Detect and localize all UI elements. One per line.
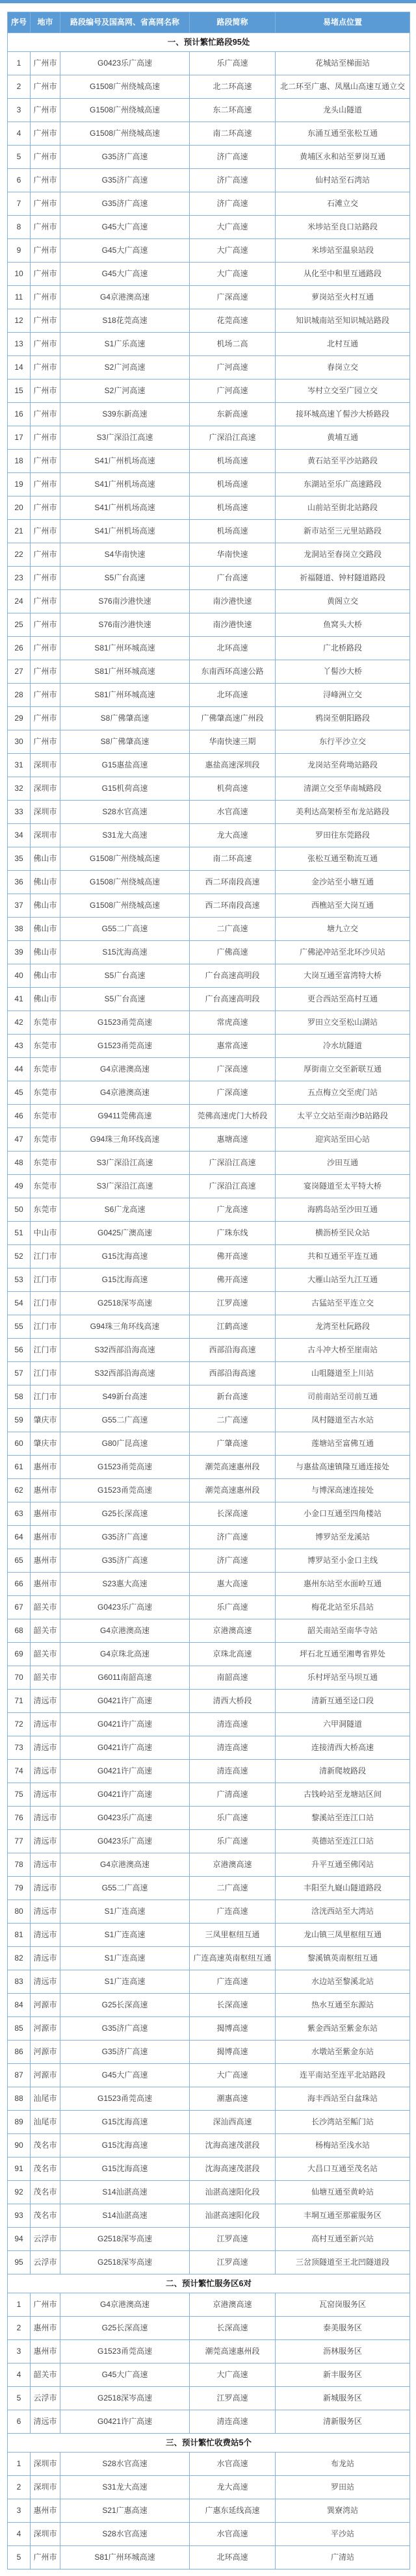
cell-road-code: G4京港澳高速 [60,1081,190,1105]
cell-road-code: G45大广高速 [60,216,190,239]
cell-city: 韶关市 [31,1596,60,1619]
table-row: 32深圳市G15机荷高速机荷高速清湖立交至华南城路段 [8,777,410,801]
cell-congestion-location: 韶关南站至南华寺站 [276,1619,410,1643]
cell-city: 佛山市 [31,871,60,894]
cell-congestion-location: 瓦窑岗服务区 [276,2293,410,2317]
cell-road-code: S1广连高速 [60,1924,190,1947]
cell-congestion-location: 黄阁立交 [276,590,410,613]
cell-road-short-name: 江罗高速 [190,2228,276,2251]
cell-road-short-name: 济广高速 [190,1549,276,1573]
cell-road-code: S81广州环城高速 [60,637,190,660]
cell-congestion-location: 巽寮湾站 [276,2499,410,2523]
cell-city: 江门市 [31,1339,60,1362]
cell-congestion-location: 北二环至广惠、凤凰山高速互通立交 [276,75,410,99]
table-row: 21广州市S41广州机场高速机场高速新市站至三元里站路段 [8,520,410,543]
cell-index: 7 [8,192,31,216]
cell-city: 佛山市 [31,964,60,988]
cell-index: 82 [8,1947,31,1970]
cell-index: 30 [8,730,31,754]
table-row: 13广州市S1广乐高速机场二高北村互通 [8,333,410,356]
table-row: 19广州市S41广州机场高速机场高速东湖站至乐广高速路段 [8,473,410,496]
cell-road-short-name: 佛开高速 [190,1245,276,1269]
table-row: 41佛山市S5广台高速广台高速高明段更合西站至高村互通 [8,988,410,1011]
cell-congestion-location: 浔峰洲立交 [276,684,410,707]
table-row: 75清远市G0421许广高速广清高速古钱岭站至龙塘站区间 [8,1783,410,1807]
cell-congestion-location: 东行平沙立交 [276,730,410,754]
cell-road-short-name: 广连高速英南枢纽互通 [190,1947,276,1970]
cell-road-short-name: 潮惠高速 [190,2087,276,2111]
cell-congestion-location: 山咀隧道至上川站 [276,1362,410,1385]
cell-congestion-location: 黄石站至平沙站路段 [276,450,410,473]
cell-congestion-location: 广清站 [276,2546,410,2570]
cell-congestion-location: 清新爬坡路段 [276,1760,410,1783]
cell-road-short-name: 大广高速 [190,2064,276,2087]
table-row: 45东莞市G4京港澳高速广深高速五点梅立交至虎门站 [8,1081,410,1105]
table-row: 7广州市G35济广高速济广高速石滩立交 [8,192,410,216]
cell-congestion-location: 厚街南立交至新联互通 [276,1058,410,1081]
cell-congestion-location: 坪石北互通至湘粤省界处 [276,1643,410,1666]
cell-congestion-location: 水边站至黎溪北站 [276,1970,410,1994]
cell-index: 37 [8,894,31,918]
cell-index: 40 [8,964,31,988]
cell-road-code: G0421许广高速 [60,1736,190,1760]
cell-road-short-name: 大广高速 [190,263,276,286]
cell-road-short-name: 北环高速 [190,684,276,707]
table-row: 46东莞市G9411莞佛高速莞佛高速虎门大桥段太平立交站至南沙B站路段 [8,1105,410,1128]
cell-city: 东莞市 [31,1128,60,1152]
cell-road-code: S5广台高速 [60,964,190,988]
cell-index: 4 [8,2363,31,2387]
cell-city: 河源市 [31,2041,60,2064]
table-row: 42东莞市G1523甬莞高速常虎高速罗田立交至松山湖站 [8,1011,410,1035]
cell-congestion-location: 小金口互通至四角楼站 [276,1502,410,1526]
cell-congestion-location: 梅花北站至乐昌站 [276,1596,410,1619]
cell-road-code: S1广连高速 [60,1947,190,1970]
cell-road-short-name: 广肇高速 [190,1432,276,1456]
cell-congestion-location: 罗田往东莞路段 [276,824,410,847]
table-row: 9广州市G45大广高速大广高速米埗站至温泉站段 [8,239,410,263]
cell-city: 广州市 [31,730,60,754]
table-row: 4广州市G1508广州绕城高速南二环高速东涌互通至张松互通 [8,122,410,146]
cell-road-short-name: 汕湛高速阳化段 [190,2204,276,2228]
cell-road-code: S4华南快速 [60,543,190,567]
cell-city: 云浮市 [31,2251,60,2274]
cell-congestion-location: 丫髻沙大桥 [276,660,410,684]
table-row: 12广州市S18花莞高速花莞高速知识城南站至知识城站路段 [8,309,410,333]
table-row: 54江门市G2518深岑高速江罗高速古猛站至平连立交 [8,1292,410,1315]
cell-road-short-name: 北环高速 [190,637,276,660]
cell-index: 88 [8,2087,31,2111]
cell-road-short-name: 江罗高速 [190,2387,276,2410]
table-row: 48东莞市S3广深沿江高速广深沿江高速沙田互通 [8,1152,410,1175]
cell-index: 14 [8,356,31,380]
cell-city: 清远市 [31,1970,60,1994]
cell-congestion-location: 迎宾站至田心站 [276,1128,410,1152]
cell-index: 45 [8,1081,31,1105]
table-row: 57江门市S32西部沿海高速西部沿海高速山咀隧道至上川站 [8,1362,410,1385]
cell-index: 8 [8,216,31,239]
cell-index: 53 [8,1269,31,1292]
cell-road-short-name: 南二环高速 [190,122,276,146]
section-title: 一、预计繁忙路段95处 [8,33,410,52]
cell-road-code: G0421许广高速 [60,1783,190,1807]
table-row: 93茂名市S14汕湛高速汕湛高速阳化段丰垌互通至那霍服务区 [8,2204,410,2228]
cell-index: 1 [8,52,31,75]
cell-road-short-name: 清连高速 [190,1713,276,1736]
cell-road-code: G4京港澳高速 [60,2293,190,2317]
cell-city: 广州市 [31,426,60,450]
cell-congestion-location: 黄埔互通 [276,426,410,450]
cell-congestion-location: 罗田站 [276,2476,410,2499]
cell-road-short-name: 江罗高速 [190,2251,276,2274]
cell-congestion-location: 北村互通 [276,333,410,356]
cell-city: 茂名市 [31,2134,60,2157]
cell-road-short-name: 潮莞高速惠州段 [190,1456,276,1479]
cell-congestion-location: 浛洸西站至大湾站 [276,1900,410,1924]
cell-congestion-location: 海丰西站至白盆珠站 [276,2087,410,2111]
cell-city: 广州市 [31,520,60,543]
cell-road-short-name: 清连高速 [190,2410,276,2434]
cell-road-short-name: 广台高速高明段 [190,964,276,988]
table-row: 33深圳市S28水官高速水官高速美利达高架桥至布龙站路段 [8,801,410,824]
cell-congestion-location: 新市站至三元里站路段 [276,520,410,543]
cell-road-code: G25长深高速 [60,1994,190,2017]
cell-road-code: G35济广高速 [60,2041,190,2064]
cell-congestion-location: 泰美服务区 [276,2317,410,2340]
cell-road-short-name: 济广高速 [190,1526,276,1549]
table-row: 25广州市S76南沙港快速南沙港快速鱼窝头大桥 [8,613,410,637]
cell-index: 19 [8,473,31,496]
cell-road-code: S21广惠高速 [60,2499,190,2523]
cell-index: 75 [8,1783,31,1807]
cell-city: 东莞市 [31,1081,60,1105]
table-row: 71清远市G0421许广高速清西大桥段清新互通至迳口段 [8,1690,410,1713]
cell-city: 清远市 [31,1853,60,1877]
cell-road-code: G1523甬莞高速 [60,1479,190,1502]
cell-road-short-name: 佛开高速 [190,1269,276,1292]
cell-road-short-name: 惠大高速 [190,1573,276,1596]
cell-congestion-location: 接环城高速丫髻沙大桥路段 [276,403,410,426]
cell-city: 深圳市 [31,2453,60,2476]
cell-road-short-name: 华南快速三期 [190,730,276,754]
cell-city: 东莞市 [31,1011,60,1035]
cell-road-code: S3广深沿江高速 [60,1152,190,1175]
cell-road-code: G1508广州绕城高速 [60,894,190,918]
cell-road-short-name: 惠常高速 [190,1035,276,1058]
table-row: 86河源市G35济广高速揭博高速水墩站至紫金东站 [8,2041,410,2064]
cell-road-code: S15沈海高速 [60,941,190,964]
cell-index: 5 [8,2546,31,2570]
cell-road-code: G0423乐广高速 [60,52,190,75]
table-row: 24广州市S76南沙港快速南沙港快速黄阁立交 [8,590,410,613]
cell-index: 38 [8,918,31,941]
cell-road-code: S41广州机场高速 [60,450,190,473]
cell-road-short-name: 广连高速 [190,1970,276,1994]
table-row: 1广州市G4京港澳高速京港澳高速瓦窑岗服务区 [8,2293,410,2317]
cell-index: 24 [8,590,31,613]
cell-city: 清远市 [31,1830,60,1853]
cell-road-short-name: 广深高速 [190,1058,276,1081]
cell-road-code: G0421许广高速 [60,1760,190,1783]
cell-index: 79 [8,1877,31,1900]
cell-road-code: G94珠三角环线高速 [60,1128,190,1152]
cell-city: 广州市 [31,169,60,192]
cell-index: 17 [8,426,31,450]
cell-road-code: G4京港澳高速 [60,1058,190,1081]
cell-city: 广州市 [31,75,60,99]
cell-road-code: S2广河高速 [60,380,190,403]
cell-road-short-name: 北环高速 [190,2546,276,2570]
cell-index: 81 [8,1924,31,1947]
cell-road-code: S32西部沿海高速 [60,1362,190,1385]
cell-city: 清远市 [31,1736,60,1760]
cell-congestion-location: 龙岗站至荷坳站路段 [276,754,410,777]
cell-index: 58 [8,1385,31,1409]
cell-congestion-location: 知识城南站至知识城站路段 [276,309,410,333]
cell-city: 汕尾市 [31,2111,60,2134]
cell-congestion-location: 清新互通至迳口段 [276,1690,410,1713]
cell-road-short-name: 水官高速 [190,801,276,824]
table-row: 31深圳市G15惠盐高速惠盐高速深圳段龙岗站至荷坳站路段 [8,754,410,777]
table-row: 87河源市G45大广高速大广高速连平南站至连平北站路段 [8,2064,410,2087]
cell-congestion-location: 水墩站至紫金东站 [276,2041,410,2064]
cell-road-short-name: 广佛高速 [190,941,276,964]
cell-city: 东莞市 [31,1198,60,1222]
cell-congestion-location: 龙湾至杜阮路段 [276,1315,410,1339]
cell-road-short-name: 龙大高速 [190,2476,276,2499]
table-row: 16广州市S39东新高速东新高速接环城高速丫髻沙大桥路段 [8,403,410,426]
cell-city: 河源市 [31,1994,60,2017]
cell-road-short-name: 机场高速 [190,473,276,496]
cell-congestion-location: 紫金西站至紫金东站 [276,2017,410,2041]
cell-index: 12 [8,309,31,333]
cell-road-code: S76南沙港快速 [60,613,190,637]
cell-index: 18 [8,450,31,473]
cell-congestion-location: 米埗站至良口站路段 [276,216,410,239]
cell-congestion-location: 春岗立交 [276,356,410,380]
cell-road-short-name: 京港澳高速 [190,1619,276,1643]
cell-city: 深圳市 [31,824,60,847]
cell-index: 34 [8,824,31,847]
cell-road-code: G55二广高速 [60,1877,190,1900]
cell-index: 78 [8,1853,31,1877]
cell-index: 48 [8,1152,31,1175]
cell-road-code: G35济广高速 [60,192,190,216]
cell-city: 广州市 [31,403,60,426]
cell-road-code: S5广台高速 [60,567,190,590]
cell-congestion-location: 东湖站至乐广高速路段 [276,473,410,496]
cell-road-short-name: 广台高速高明段 [190,988,276,1011]
cell-congestion-location: 古钱岭站至龙塘站区间 [276,1783,410,1807]
cell-index: 6 [8,2410,31,2434]
cell-road-short-name: 西二环南段高速 [190,894,276,918]
cell-road-code: S39东新高速 [60,403,190,426]
table-row: 39佛山市S15沈海高速广佛高速广佛泌冲站至北环沙贝站 [8,941,410,964]
cell-city: 深圳市 [31,801,60,824]
cell-road-short-name: 长深高速 [190,2317,276,2340]
table-row: 73清远市G0421许广高速清连高速连接清西大桥高速 [8,1736,410,1760]
cell-index: 23 [8,567,31,590]
cell-road-code: G1508广州绕城高速 [60,99,190,122]
cell-congestion-location: 六甲洞隧道 [276,1713,410,1736]
cell-congestion-location: 塘九立交 [276,918,410,941]
cell-index: 10 [8,263,31,286]
cell-city: 惠州市 [31,2340,60,2363]
cell-index: 5 [8,146,31,169]
cell-road-short-name: 西部沿海高速 [190,1339,276,1362]
cell-road-code: S41广州机场高速 [60,520,190,543]
table-row: 20广州市S41广州机场高速机场高速山前站至街北站路段 [8,496,410,520]
cell-congestion-location: 山前站至街北站路段 [276,496,410,520]
cell-city: 清远市 [31,1690,60,1713]
cell-road-code: G1523甬莞高速 [60,1011,190,1035]
cell-road-short-name: 三凤里枢纽互通 [190,1924,276,1947]
cell-road-short-name: 京港澳高速 [190,1853,276,1877]
table-row: 4韶关市G45大广高速大广高速新丰服务区 [8,2363,410,2387]
cell-city: 广州市 [31,2546,60,2570]
cell-city: 广州市 [31,263,60,286]
cell-congestion-location: 新丰服务区 [276,2363,410,2387]
cell-index: 25 [8,613,31,637]
cell-road-code: S14汕湛高速 [60,2181,190,2204]
cell-road-code: S31龙大高速 [60,824,190,847]
table-row: 49东莞市S3广深沿江高速广深沿江高速宴岗隧道至太平特大桥 [8,1175,410,1198]
cell-road-short-name: 大广高速 [190,216,276,239]
cell-road-code: S31龙大高速 [60,2476,190,2499]
cell-index: 51 [8,1222,31,1245]
cell-road-code: G55二广高速 [60,1409,190,1432]
cell-index: 73 [8,1736,31,1760]
cell-index: 87 [8,2064,31,2087]
cell-city: 广州市 [31,473,60,496]
table-row: 23广州市S5广台高速广台高速祈福隧道、钟村隧道路段 [8,567,410,590]
cell-road-code: G15沈海高速 [60,1245,190,1269]
cell-road-short-name: 机场高速 [190,450,276,473]
cell-road-code: G25长深高速 [60,1502,190,1526]
cell-city: 韶关市 [31,1643,60,1666]
cell-index: 1 [8,2293,31,2317]
cell-road-code: S3广深沿江高速 [60,426,190,450]
cell-congestion-location: 鸦岗至朝阳路段 [276,707,410,730]
cell-city: 广州市 [31,684,60,707]
table-row: 5广州市G35济广高速济广高速黄埔区永和站至萝岗互通 [8,146,410,169]
cell-city: 云浮市 [31,2228,60,2251]
cell-congestion-location: 美利达高架桥至布龙站路段 [276,801,410,824]
cell-city: 惠州市 [31,2317,60,2340]
column-header-cell-congestion-location: 易堵点位置 [276,12,410,33]
table-row: 4深圳市S28水官高速水官高速平沙站 [8,2523,410,2546]
cell-road-short-name: 广佛肇高速广州段 [190,707,276,730]
table-row: 40佛山市S5广台高速广台高速高明段大岗互通至富湾特大桥 [8,964,410,988]
table-row: 18广州市S41广州机场高速机场高速黄石站至平沙站路段 [8,450,410,473]
cell-congestion-location: 布龙站 [276,2453,410,2476]
cell-index: 36 [8,871,31,894]
cell-congestion-location: 宴岗隧道至太平特大桥 [276,1175,410,1198]
cell-road-code: S1广连高速 [60,1900,190,1924]
cell-road-short-name: 东南西环高速公路 [190,660,276,684]
cell-road-short-name: 新台高速 [190,1385,276,1409]
cell-index: 93 [8,2204,31,2228]
cell-road-short-name: 汕湛高速阳化段 [190,2181,276,2204]
cell-city: 江门市 [31,1315,60,1339]
cell-congestion-location: 杨梅站至浅水站 [276,2134,410,2157]
cell-road-code: G15沈海高速 [60,2157,190,2181]
cell-index: 59 [8,1409,31,1432]
cell-road-code: S81广州环城高速 [60,660,190,684]
cell-index: 89 [8,2111,31,2134]
cell-road-short-name: 东新高速 [190,403,276,426]
cell-road-code: S23惠大高速 [60,1573,190,1596]
table-row: 43东莞市G1523甬莞高速惠常高速冷水坑隧道 [8,1035,410,1058]
table-row: 3广州市G1508广州绕城高速东二环高速龙头山隧道 [8,99,410,122]
cell-city: 广州市 [31,309,60,333]
cell-city: 清远市 [31,1877,60,1900]
cell-road-code: G45大广高速 [60,239,190,263]
cell-city: 广州市 [31,380,60,403]
cell-road-short-name: 惠盐高速深圳段 [190,754,276,777]
cell-index: 9 [8,239,31,263]
cell-city: 广州市 [31,216,60,239]
table-row: 26广州市S81广州环城高速北环高速广北桥路段 [8,637,410,660]
cell-road-code: G6011南韶高速 [60,1666,190,1690]
cell-road-short-name: 龙大高速 [190,824,276,847]
cell-road-code: G4京港澳高速 [60,286,190,309]
cell-road-code: G2518深岑高速 [60,2387,190,2410]
cell-road-code: G1508广州绕城高速 [60,847,190,871]
cell-congestion-location: 太平立交站至南沙B站路段 [276,1105,410,1128]
cell-road-code: G0421许广高速 [60,1690,190,1713]
cell-road-code: G45大广高速 [60,2363,190,2387]
cell-road-short-name: 济广高速 [190,169,276,192]
cell-road-short-name: 大广高速 [190,239,276,263]
table-row: 34深圳市S31龙大高速龙大高速罗田往东莞路段 [8,824,410,847]
table-row: 65惠州市G35济广高速济广高速博罗站至小金口主线 [8,1549,410,1573]
cell-city: 佛山市 [31,918,60,941]
cell-road-code: S14汕湛高速 [60,2204,190,2228]
cell-road-short-name: 深汕西高速 [190,2111,276,2134]
cell-congestion-location: 长沙湾站至鲘门站 [276,2111,410,2134]
cell-congestion-location: 龙头山隧道 [276,99,410,122]
cell-city: 广州市 [31,99,60,122]
table-row: 53江门市G15沈海高速佛开高速大雁山站至九江互通 [8,1269,410,1292]
table-row: 70韶关市G6011南韶高速南韶高速乐村坪站至马坝互通 [8,1666,410,1690]
cell-index: 6 [8,169,31,192]
cell-congestion-location: 更合西站至高村互通 [276,988,410,1011]
cell-index: 64 [8,1526,31,1549]
cell-index: 50 [8,1198,31,1222]
table-row: 22广州市S4华南快速华南快速龙洞站至春岗立交路段 [8,543,410,567]
cell-index: 41 [8,988,31,1011]
table-row: 90茂名市G15沈海高速沈海高速茂湛段杨梅站至浅水站 [8,2134,410,2157]
cell-road-short-name: 长深高速 [190,1502,276,1526]
cell-road-code: G2518深岑高速 [60,2251,190,2274]
cell-road-code: S1广连高速 [60,1970,190,1994]
cell-road-code: S5广台高速 [60,988,190,1011]
cell-city: 东莞市 [31,1035,60,1058]
cell-city: 广州市 [31,2293,60,2317]
cell-index: 13 [8,333,31,356]
cell-road-code: G0421许广高速 [60,1713,190,1736]
cell-road-short-name: 乐广高速 [190,1807,276,1830]
congestion-table: 序号地市路段编号及国高网、省高网名称路段简称易堵点位置 一、预计繁忙路段95处1… [7,12,410,2570]
cell-city: 广州市 [31,660,60,684]
column-header-cell-city: 地市 [31,12,60,33]
cell-road-short-name: 潮莞高速惠州段 [190,1479,276,1502]
cell-city: 佛山市 [31,941,60,964]
column-header-cell-index: 序号 [8,12,31,33]
cell-index: 84 [8,1994,31,2017]
cell-index: 56 [8,1339,31,1362]
